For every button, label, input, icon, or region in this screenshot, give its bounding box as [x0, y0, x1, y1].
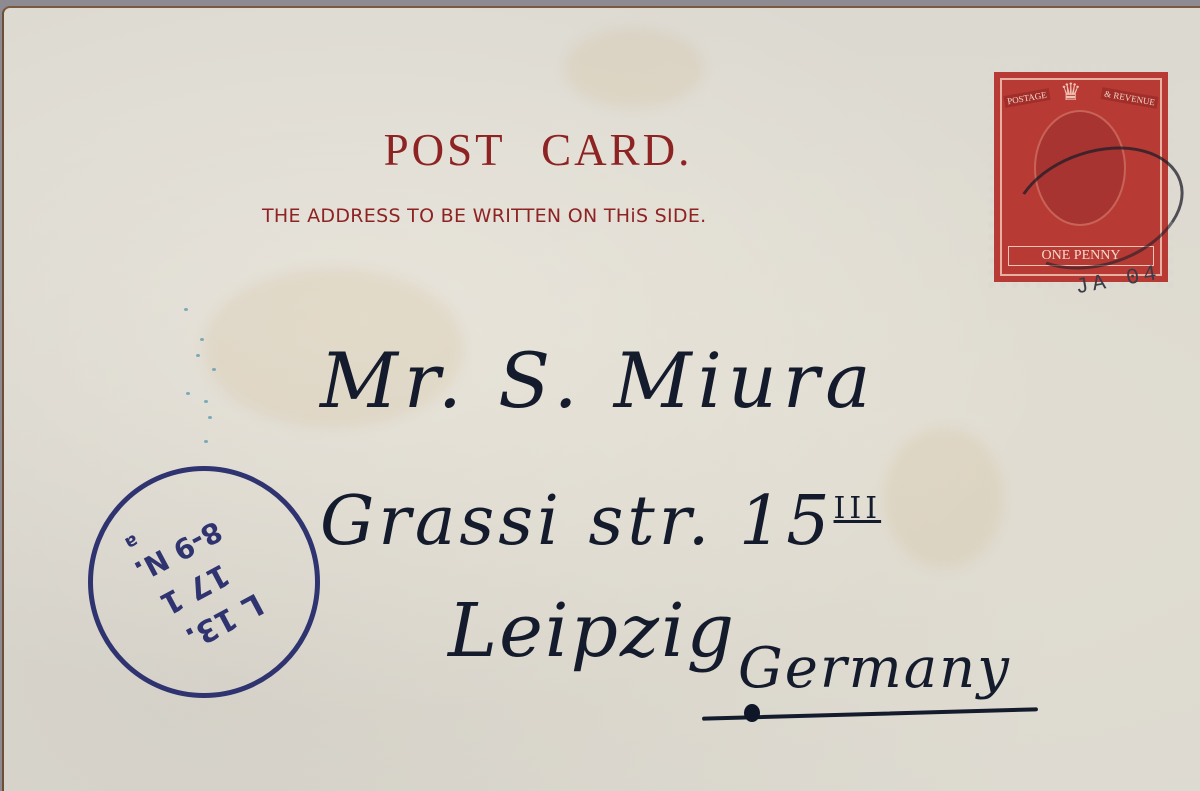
crown-icon: ♛: [1060, 78, 1082, 107]
paper-stain: [884, 428, 1004, 568]
recipient-city: Leipzig: [448, 588, 736, 674]
paper-stain: [564, 28, 704, 108]
arrival-postmark: L 13. 17 1 8-9 N. a: [88, 466, 320, 698]
postcard-instruction: THE ADDRESS TO BE WRITTEN ON THiS SIDE.: [262, 205, 707, 227]
postcard-title: POST CARD.: [0, 124, 1076, 176]
recipient-country: Germany: [738, 636, 1011, 701]
postmark-line-4: a: [121, 530, 142, 554]
recipient-name: Mr. S. Miura: [320, 336, 877, 425]
recipient-street: Grassi str. 15III: [320, 482, 881, 561]
street-text: Grassi str. 15: [320, 482, 834, 561]
floor-number: III: [834, 491, 882, 526]
ink-blot: [744, 704, 760, 722]
